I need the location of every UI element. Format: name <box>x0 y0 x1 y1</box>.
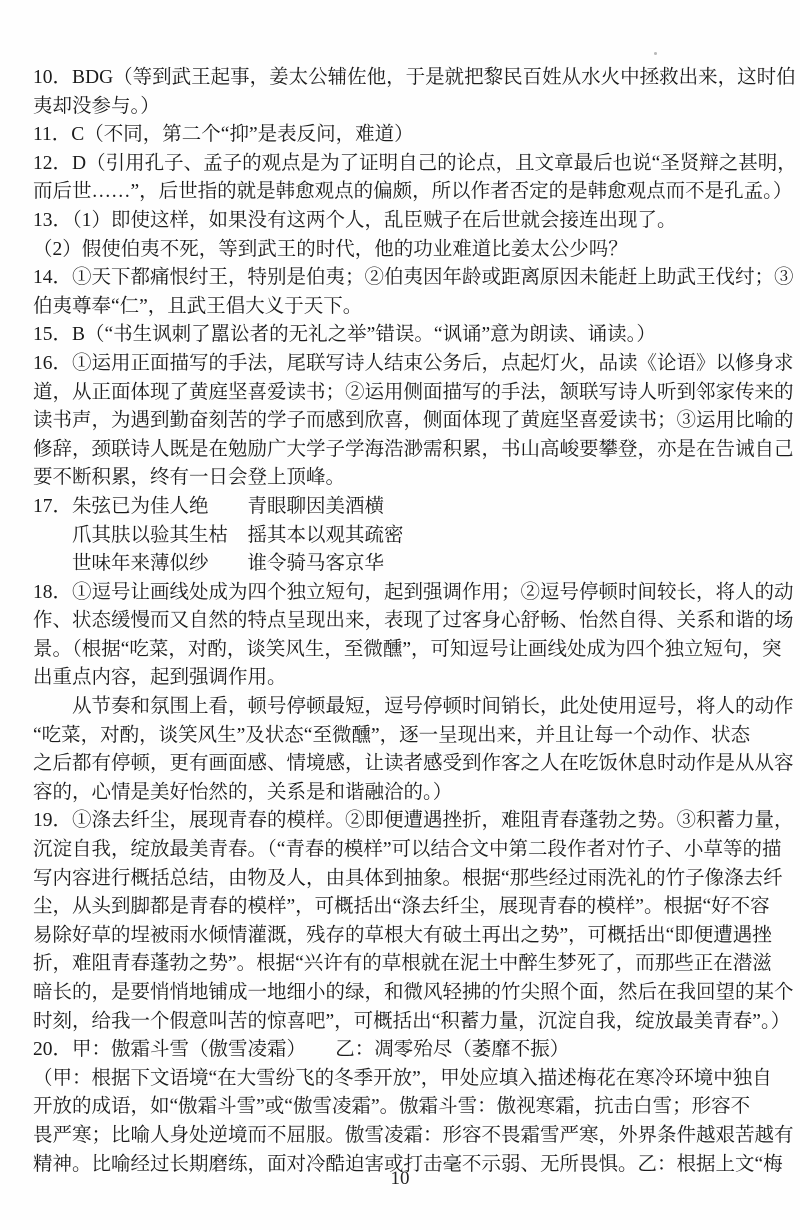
text-line: 15．B（“书生讽刺了嚚讼者的无礼之举”错误。“讽诵”意为朗读、诵读。） <box>33 321 775 350</box>
text-line: 写内容进行概括总结，由物及人，由具体到抽象。根据“那些经过雨洗礼的竹子像涤去纤 <box>33 865 775 894</box>
answer-key-text-block: 10．BDG（等到武王起事，姜太公辅佐他，于是就把黎民百姓从水火中拯救出来，这时… <box>33 64 775 1179</box>
text-line: 11．C（不同，第二个“抑”是表反问，难道） <box>33 121 775 150</box>
text-line: 开放的成语，如“傲霜斗雪”或“傲雪凌霜”。傲霜斗雪：傲视寒霜，抗击白雪；形容不 <box>33 1093 775 1122</box>
text-line: 16．①运用正面描写的手法，尾联写诗人结束公务后，点起灯火，品读《论语》以修身求 <box>33 350 775 379</box>
scan-artifact-dot <box>654 52 657 55</box>
text-line: “吃菜，对酌，谈笑风生”及状态“至微醺”，逐一呈现出来，并且让每一个动作、状态 <box>33 722 775 751</box>
text-line: 12．D（引用孔子、孟子的观点是为了证明自己的论点，且文章最后也说“圣贤辩之甚明… <box>33 150 775 179</box>
text-line: 19．①涤去纤尘，展现青春的模样。②即便遭遇挫折，难阻青春蓬勃之势。③积蓄力量， <box>33 807 775 836</box>
text-line: 容的，心情是美好怡然的，关系是和谐融洽的。） <box>33 779 775 808</box>
text-line: 畏严寒；比喻人身处逆境而不屈服。傲雪凌霜：形容不畏霜雪严寒，外界条件越艰苦越有 <box>33 1122 775 1151</box>
text-line: 18．①逗号让画线处成为四个独立短句，起到强调作用；②逗号停顿时间较长，将人的动 <box>33 579 775 608</box>
text-line: 14．①天下都痛恨纣王，特别是伯夷；②伯夷因年龄或距离原因未能赶上助武王伐纣；③ <box>33 264 775 293</box>
text-line: 读书声，为遇到勤奋刻苦的学子而感到欣喜，侧面体现了黄庭坚喜爱读书；③运用比喻的 <box>33 407 775 436</box>
text-line: 从节奏和氛围上看，顿号停顿最短，逗号停顿时间销长，此处使用逗号，将人的动作 <box>33 693 775 722</box>
text-line: 17．朱弦已为佳人绝 青眼聊因美酒横 <box>33 493 775 522</box>
text-line: 尘，从头到脚都是青春的模样”，可概括出“涤去纤尘，展现青春的模样”。根据“好不容 <box>33 893 775 922</box>
text-line: 10．BDG（等到武王起事，姜太公辅佐他，于是就把黎民百姓从水火中拯救出来，这时… <box>33 64 775 93</box>
text-line: 而后世……”，后世指的就是韩愈观点的偏颇，所以作者否定的是韩愈观点而不是孔孟。） <box>33 178 775 207</box>
text-line: 爪其肤以验其生枯 摇其本以观其疏密 <box>33 522 775 551</box>
text-line: 作、状态缓慢而又自然的特点呈现出来，表现了过客身心舒畅、怡然自得、关系和谐的场 <box>33 607 775 636</box>
text-line: （甲：根据下文语境“在大雪纷飞的冬季开放”，甲处应填入描述梅花在寒冷环境中独自 <box>33 1065 775 1094</box>
text-line: 暗长的，是要悄悄地铺成一地细小的绿，和微风轻拂的竹尖照个面，然后在我回望的某个 <box>33 979 775 1008</box>
text-line: 沉淀自我，绽放最美青春。（“青春的模样”可以结合文中第二段作者对竹子、小草等的描 <box>33 836 775 865</box>
text-line: 修辞，颈联诗人既是在勉励广大学子学海浩渺需积累，书山高峻要攀登，亦是在告诫自己 <box>33 436 775 465</box>
text-line: 世味年来薄似纱 谁令骑马客京华 <box>33 550 775 579</box>
text-line: 之后都有停顿，更有画面感、情境感，让读者感受到作客之人在吃饭休息时动作是从从容 <box>33 750 775 779</box>
text-line: 要不断积累，终有一日会登上顶峰。 <box>33 464 775 493</box>
text-line: 伯夷尊奉“仁”，且武王倡大义于天下。 <box>33 293 775 322</box>
text-line: 出重点内容，起到强调作用。 <box>33 664 775 693</box>
text-line: 13．（1）即使这样，如果没有这两个人，乱臣贼子在后世就会接连出现了。 <box>33 207 775 236</box>
text-line: （2）假使伯夷不死，等到武王的时代，他的功业难道比姜太公少吗？ <box>33 236 775 265</box>
text-line: 时刻，给我一个假意叫苦的惊喜吧”，可概括出“积蓄力量，沉淀自我，绽放最美青春”。… <box>33 1008 775 1037</box>
text-line: 折，难阻青春蓬勃之势”。根据“兴许有的草根就在泥土中醉生梦死了，而那些正在潜滋 <box>33 950 775 979</box>
document-page: 10．BDG（等到武王起事，姜太公辅佐他，于是就把黎民百姓从水火中拯救出来，这时… <box>0 0 800 1230</box>
text-line: 易除好草的埕被雨水倾情灌溉，残存的草根大有破土再出之势”，可概括出“即便遭遇挫 <box>33 922 775 951</box>
text-line: 景。（根据“吃菜，对酌，谈笑风生，至微醺”，可知逗号让画线处成为四个独立短句，突 <box>33 636 775 665</box>
text-line: 道，从正面体现了黄庭坚喜爱读书；②运用侧面描写的手法，颔联写诗人听到邻家传来的 <box>33 379 775 408</box>
text-line: 夷却没参与。） <box>33 93 775 122</box>
page-number: 10 <box>0 1168 800 1190</box>
text-line: 20．甲：傲霜斗雪（傲雪凌霜） 乙：凋零殆尽（萎靡不振） <box>33 1036 775 1065</box>
